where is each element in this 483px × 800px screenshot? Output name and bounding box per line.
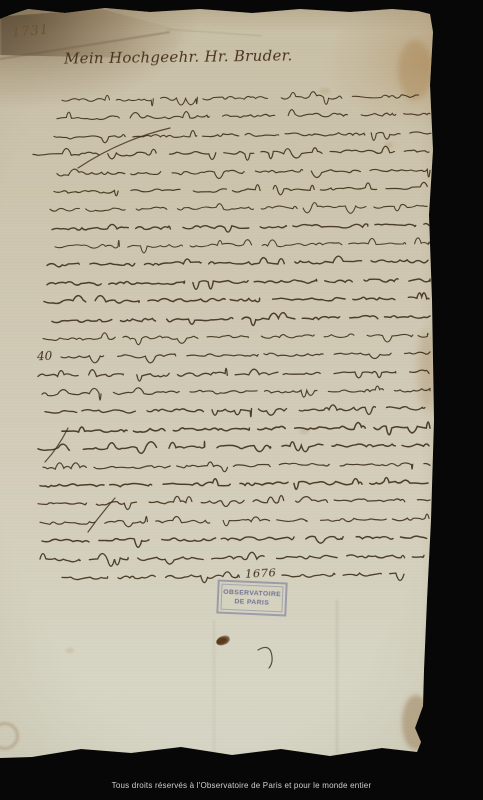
salutation-line: Mein Hochgeehr. Hr. Bruder. xyxy=(64,46,293,67)
paper-edge-shading xyxy=(0,0,483,800)
observatoire-stamp-text: OBSERVATOIRE DE PARIS xyxy=(220,584,283,613)
numeral-40: 40 xyxy=(37,349,53,364)
stamp-line2: DE PARIS xyxy=(234,597,269,608)
manuscript-photo: 1731 Mein Hochgeehr. Hr. Bruder. 40 1676… xyxy=(0,0,483,800)
copyright-caption: Tous droits réservés à l'Observatoire de… xyxy=(0,781,483,790)
numeral-1676: 1676 xyxy=(245,565,277,581)
manuscript-page: 1731 Mein Hochgeehr. Hr. Bruder. 40 1676… xyxy=(0,0,483,800)
observatoire-stamp: OBSERVATOIRE DE PARIS xyxy=(216,579,287,616)
